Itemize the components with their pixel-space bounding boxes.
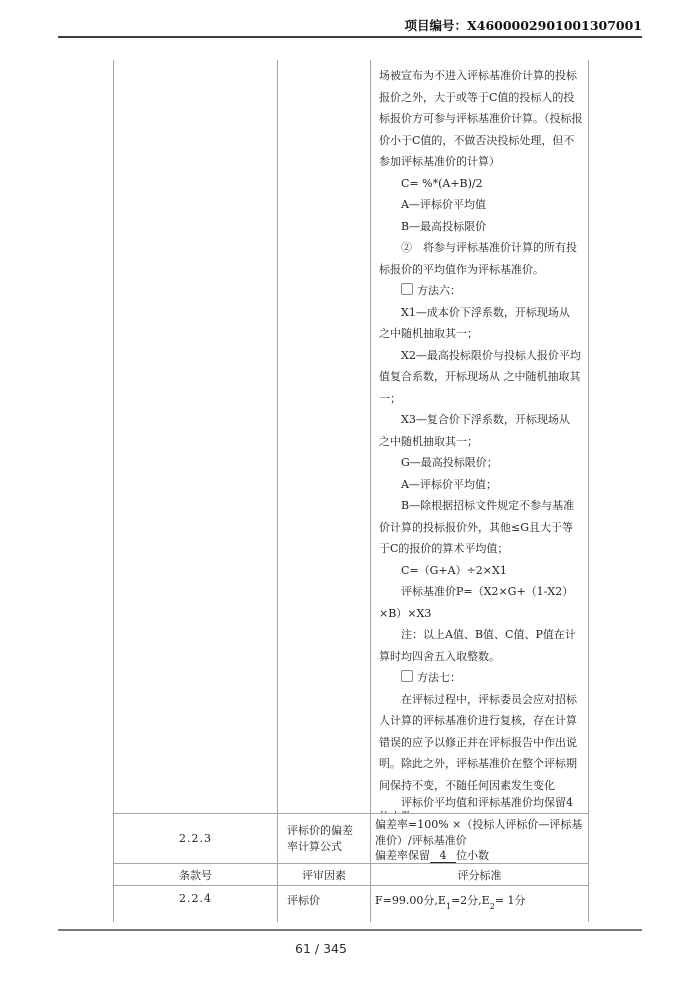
header-criteria: 评分标准 xyxy=(371,864,589,885)
document-page: { "header": { "project_label": "项目编号：", … xyxy=(0,0,700,990)
method-seven-item: 方法七： xyxy=(379,667,583,689)
table-row: 2.2.4 评标价 F=99.00分,E1=2分,E2= 1分 xyxy=(114,885,589,922)
clause-number: 2.2.3 xyxy=(179,832,212,845)
table-header-row: 条款号 评审因素 评分标准 xyxy=(114,863,589,885)
header-factor: 评审因素 xyxy=(278,864,371,885)
header-clause: 条款号 xyxy=(114,864,278,885)
score-text: =2分,E xyxy=(451,894,490,907)
clause-number-cell: 2.2.3 xyxy=(114,814,278,863)
checkbox-icon xyxy=(401,670,413,682)
factor-label: 评标价 xyxy=(287,894,320,907)
score-text: F=99.00分,E xyxy=(375,894,446,907)
score-text: = 1分 xyxy=(495,894,526,907)
definition-line: B—除根据招标文件规定不参与基准价计算的投标报价外，其他≤G且大于等于C的报价的… xyxy=(379,495,583,560)
fill-in-blank: 4 xyxy=(430,850,456,863)
clause-cell-empty xyxy=(114,60,278,813)
note-line: 注：以上A值、B值、C值、P值在计算时均四舍五入取整数。 xyxy=(379,624,583,667)
checkbox-icon xyxy=(401,283,413,295)
evaluation-table: 场被宣布为不进入评标基准价计算的投标报价之外，大于或等于C值的投标人的投标报价方… xyxy=(113,60,589,922)
decimal-note-prefix: 偏差率保留 xyxy=(375,849,430,862)
definition-line: X1—成本价下浮系数，开标现场从 之中随机抽取其一； xyxy=(379,302,583,345)
definition-line: A—评标价平均值 xyxy=(379,194,583,216)
formula-line: C= %*(A+B)/2 xyxy=(379,173,583,195)
definition-line: A—评标价平均值； xyxy=(379,474,583,496)
definition-line: X3—复合价下浮系数，开标现场从 之中随机抽取其一； xyxy=(379,409,583,452)
score-cell: F=99.00分,E1=2分,E2= 1分 xyxy=(371,886,589,922)
paragraph: 评标价平均值和评标基准价均保留4位小数。 xyxy=(379,796,583,813)
table-row: 场被宣布为不进入评标基准价计算的投标报价之外，大于或等于C值的投标人的投标报价方… xyxy=(114,60,589,813)
project-number-value: X4600002901001307001 xyxy=(467,18,642,33)
factor-label: 评标价的偏差率计算公式 xyxy=(287,823,362,855)
paragraph: ② 将参与评标基准价计算的所有投标报价的平均值作为评标基准价。 xyxy=(379,237,583,280)
footer-divider xyxy=(58,929,642,931)
method-six-item: 方法六： xyxy=(379,280,583,302)
subscript: 1 xyxy=(446,902,451,911)
definition-line: G—最高投标限价； xyxy=(379,452,583,474)
definition-line: B—最高投标限价 xyxy=(379,216,583,238)
factor-cell: 评标价 xyxy=(278,886,371,922)
formula-line: C=（G+A）÷2×X1 xyxy=(379,560,583,582)
paragraph: 在评标过程中，评标委员会应对招标人计算的评标基准价进行复核，存在计算错误的应予以… xyxy=(379,689,583,797)
clause-number-cell: 2.2.4 xyxy=(114,886,278,922)
paragraph: 场被宣布为不进入评标基准价计算的投标报价之外，大于或等于C值的投标人的投标报价方… xyxy=(379,65,583,173)
definition-line: X2—最高投标限价与投标人报价平均值复合系数，开标现场从 之中随机抽取其一； xyxy=(379,345,583,410)
method-seven-label: 方法七： xyxy=(417,671,461,684)
page-number: 61 / 345 xyxy=(0,941,642,956)
header-divider xyxy=(58,36,642,38)
deviation-formula: 偏差率=100% ×（投标人评标价—评标基准价）/评标基准价 xyxy=(375,818,582,847)
method-six-label: 方法六： xyxy=(417,284,461,297)
factor-cell-empty xyxy=(278,60,371,813)
factor-cell: 评标价的偏差率计算公式 xyxy=(278,814,371,863)
subscript: 2 xyxy=(490,902,495,911)
decimal-note-suffix: 位小数 xyxy=(456,849,489,862)
clause-number: 2.2.4 xyxy=(179,892,212,905)
page-header: 项目编号：X4600002901001307001 xyxy=(0,16,642,34)
table-row: 2.2.3 评标价的偏差率计算公式 偏差率=100% ×（投标人评标价—评标基准… xyxy=(114,813,589,863)
formula-cell: 偏差率=100% ×（投标人评标价—评标基准价）/评标基准价 偏差率保留4位小数 xyxy=(371,814,589,863)
decimal-note: 偏差率保留4位小数 xyxy=(375,848,585,863)
formula-line: 评标基准价P=（X2×G+（1-X2）×B）×X3 xyxy=(379,581,583,624)
project-number-label: 项目编号： xyxy=(405,18,468,33)
criteria-text-cell: 场被宣布为不进入评标基准价计算的投标报价之外，大于或等于C值的投标人的投标报价方… xyxy=(371,60,589,813)
